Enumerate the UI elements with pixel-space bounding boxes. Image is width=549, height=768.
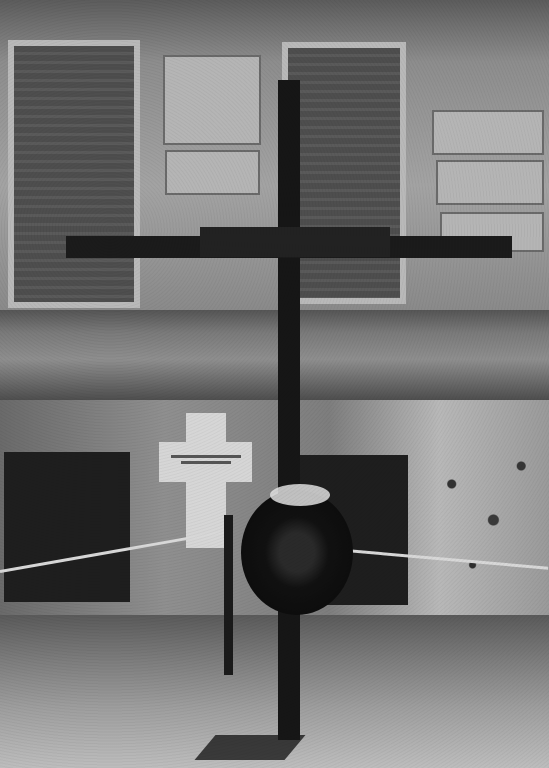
- memorial-photo: [0, 0, 549, 768]
- film-grain: [0, 0, 549, 768]
